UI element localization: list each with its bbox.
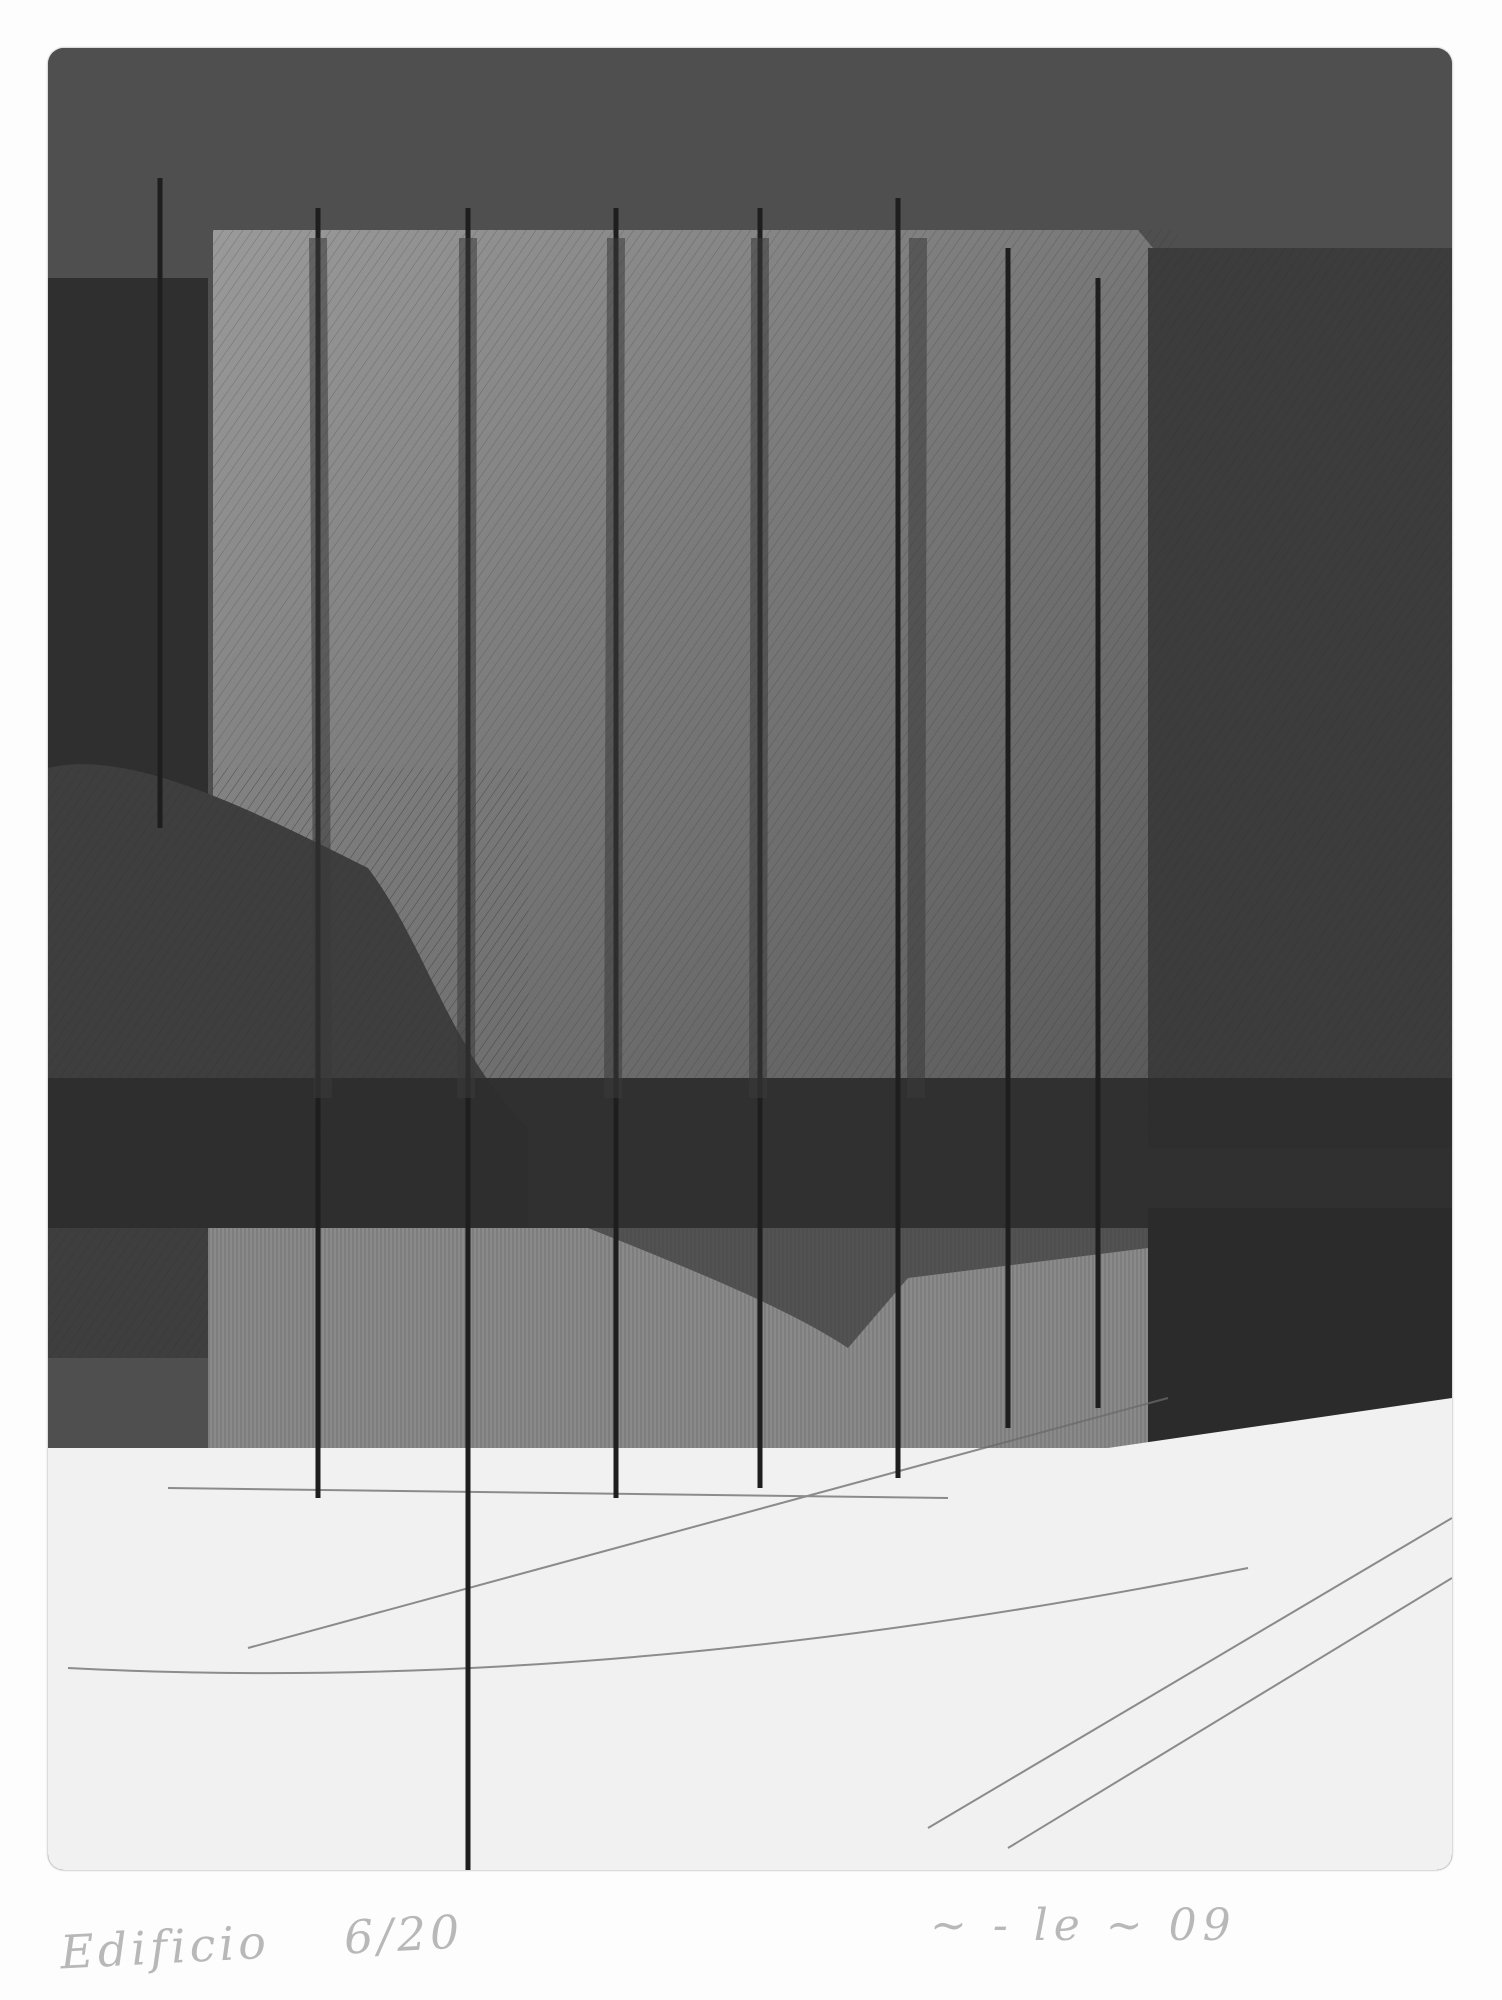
title-text: Edificio: [59, 1915, 271, 1980]
artist-signature: ~ - le ~ 09: [930, 1900, 1237, 1951]
edition-number: 6/20: [343, 1904, 465, 1964]
etching-image: [48, 48, 1452, 1870]
etching-plate: [48, 48, 1452, 1870]
title-edition-inscription: Edificio 6/20: [59, 1904, 465, 1979]
